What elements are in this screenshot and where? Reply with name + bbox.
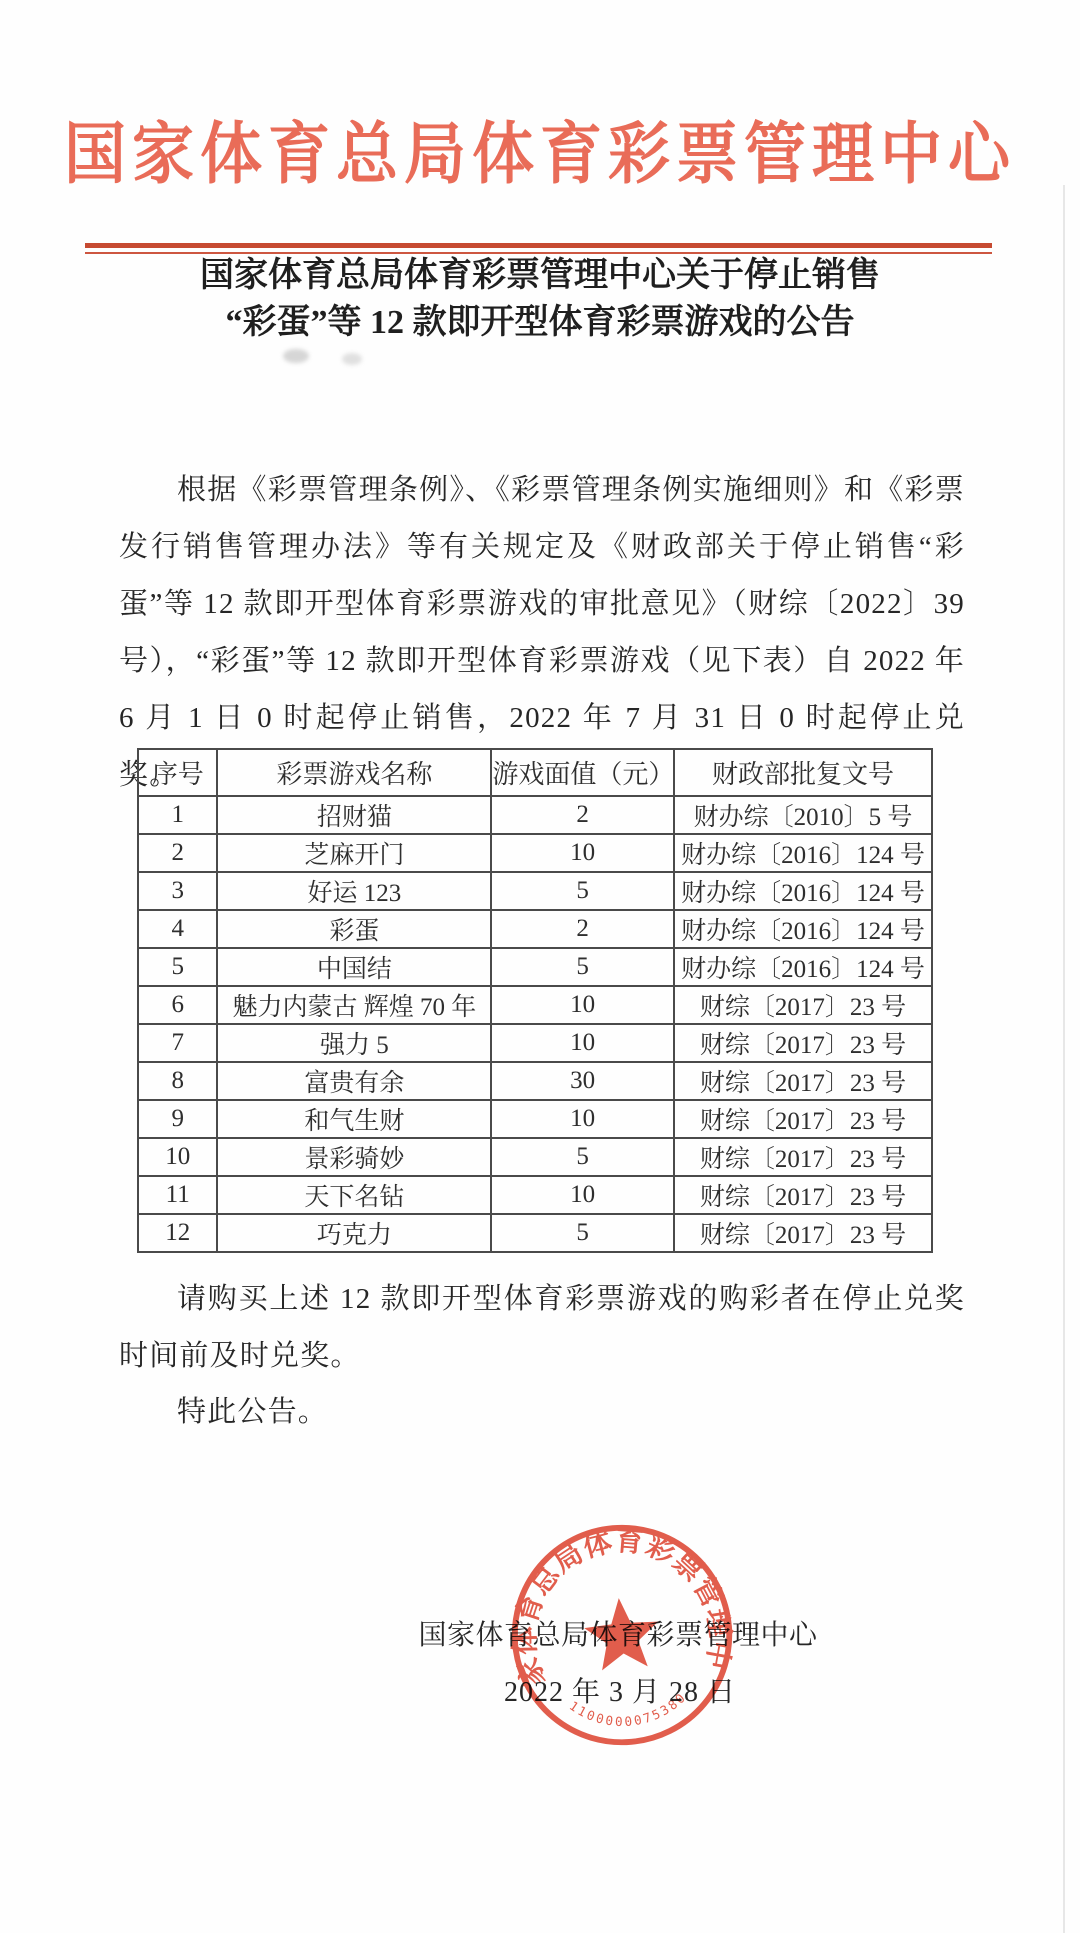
table-row: 10景彩骑妙5财综〔2017〕23 号 (138, 1138, 932, 1176)
table-cell: 5 (491, 1138, 674, 1176)
table-cell: 中国结 (217, 948, 491, 986)
table-row: 1招财猫2财办综〔2010〕5 号 (138, 796, 932, 834)
table-cell: 财办综〔2016〕124 号 (674, 910, 932, 948)
seal-arc-text: 国家体育总局体育彩票管理中心 (495, 1508, 738, 1693)
table-cell: 强力 5 (217, 1024, 491, 1062)
table-cell: 30 (491, 1062, 674, 1100)
table-cell: 2 (138, 834, 217, 872)
column-header-approval-doc: 财政部批复文号 (674, 749, 932, 796)
table-row: 11天下名钻10财综〔2017〕23 号 (138, 1176, 932, 1214)
table-row: 9和气生财10财综〔2017〕23 号 (138, 1100, 932, 1138)
table-cell: 财办综〔2016〕124 号 (674, 872, 932, 910)
table-row: 8富贵有余30财综〔2017〕23 号 (138, 1062, 932, 1100)
table-row: 3好运 1235财办综〔2016〕124 号 (138, 872, 932, 910)
table-cell: 好运 123 (217, 872, 491, 910)
table-cell: 10 (491, 834, 674, 872)
column-header-face-value: 游戏面值（元） (491, 749, 674, 796)
table-cell: 财综〔2017〕23 号 (674, 1138, 932, 1176)
table-cell: 11 (138, 1176, 217, 1214)
scan-smudge (283, 349, 309, 363)
table-cell: 5 (491, 948, 674, 986)
table-cell: 1 (138, 796, 217, 834)
scan-smudge (342, 353, 362, 365)
column-header-index: 序号 (138, 749, 217, 796)
table-cell: 5 (138, 948, 217, 986)
table-cell: 景彩骑妙 (217, 1138, 491, 1176)
letterhead-rule-thick (85, 243, 992, 248)
table-cell: 8 (138, 1062, 217, 1100)
table-cell: 3 (138, 872, 217, 910)
table-header-row: 序号 彩票游戏名称 游戏面值（元） 财政部批复文号 (138, 749, 932, 796)
table-cell: 7 (138, 1024, 217, 1062)
table-cell: 财综〔2017〕23 号 (674, 1100, 932, 1138)
paragraph-closing: 特此公告。 (119, 1384, 965, 1441)
table-cell: 财综〔2017〕23 号 (674, 1024, 932, 1062)
table-cell: 天下名钻 (217, 1176, 491, 1214)
table-row: 7强力 510财综〔2017〕23 号 (138, 1024, 932, 1062)
table-cell: 4 (138, 910, 217, 948)
table-cell: 彩蛋 (217, 910, 491, 948)
table-row: 12巧克力5财综〔2017〕23 号 (138, 1214, 932, 1252)
table-row: 4彩蛋2财办综〔2016〕124 号 (138, 910, 932, 948)
column-header-game-name: 彩票游戏名称 (217, 749, 491, 796)
announcement-document: 国家体育总局体育彩票管理中心 国家体育总局体育彩票管理中心关于停止销售 “彩蛋”… (0, 0, 1080, 1933)
table-cell: 招财猫 (217, 796, 491, 834)
table-cell: 财办综〔2010〕5 号 (674, 796, 932, 834)
lottery-games-table: 序号 彩票游戏名称 游戏面值（元） 财政部批复文号 1招财猫2财办综〔2010〕… (137, 748, 933, 1253)
table-cell: 和气生财 (217, 1100, 491, 1138)
table-cell: 财综〔2017〕23 号 (674, 1176, 932, 1214)
scan-edge-line (1063, 185, 1065, 1933)
table-row: 5中国结5财办综〔2016〕124 号 (138, 948, 932, 986)
lottery-table-body: 1招财猫2财办综〔2010〕5 号2芝麻开门10财办综〔2016〕124 号3好… (138, 796, 932, 1252)
table-cell: 10 (491, 986, 674, 1024)
table-cell: 财综〔2017〕23 号 (674, 1214, 932, 1252)
table-cell: 6 (138, 986, 217, 1024)
paragraph-redeem-notice: 请购买上述 12 款即开型体育彩票游戏的购彩者在停止兑奖时间前及时兑奖。 (119, 1271, 965, 1385)
table-cell: 2 (491, 910, 674, 948)
table-cell: 富贵有余 (217, 1062, 491, 1100)
table-cell: 5 (491, 1214, 674, 1252)
table-cell: 芝麻开门 (217, 834, 491, 872)
table-cell: 9 (138, 1100, 217, 1138)
table-cell: 10 (138, 1138, 217, 1176)
table-cell: 巧克力 (217, 1214, 491, 1252)
table-cell: 魅力内蒙古 辉煌 70 年 (217, 986, 491, 1024)
document-title: 国家体育总局体育彩票管理中心关于停止销售 “彩蛋”等 12 款即开型体育彩票游戏… (100, 252, 980, 346)
seal-star-icon (582, 1595, 662, 1672)
table-cell: 财办综〔2016〕124 号 (674, 834, 932, 872)
table-cell: 10 (491, 1024, 674, 1062)
table-cell: 10 (491, 1176, 674, 1214)
table-cell: 5 (491, 872, 674, 910)
table-row: 6魅力内蒙古 辉煌 70 年10财综〔2017〕23 号 (138, 986, 932, 1024)
letterhead-org-name: 国家体育总局体育彩票管理中心 (0, 100, 1080, 196)
official-seal: 国家体育总局体育彩票管理中心 1100000075380 (495, 1508, 749, 1762)
table-cell: 12 (138, 1214, 217, 1252)
table-cell: 财办综〔2016〕124 号 (674, 948, 932, 986)
table-cell: 2 (491, 796, 674, 834)
table-cell: 10 (491, 1100, 674, 1138)
table-cell: 财综〔2017〕23 号 (674, 986, 932, 1024)
document-title-line2: “彩蛋”等 12 款即开型体育彩票游戏的公告 (100, 299, 980, 346)
document-title-line1: 国家体育总局体育彩票管理中心关于停止销售 (100, 252, 980, 299)
table-cell: 财综〔2017〕23 号 (674, 1062, 932, 1100)
table-row: 2芝麻开门10财办综〔2016〕124 号 (138, 834, 932, 872)
